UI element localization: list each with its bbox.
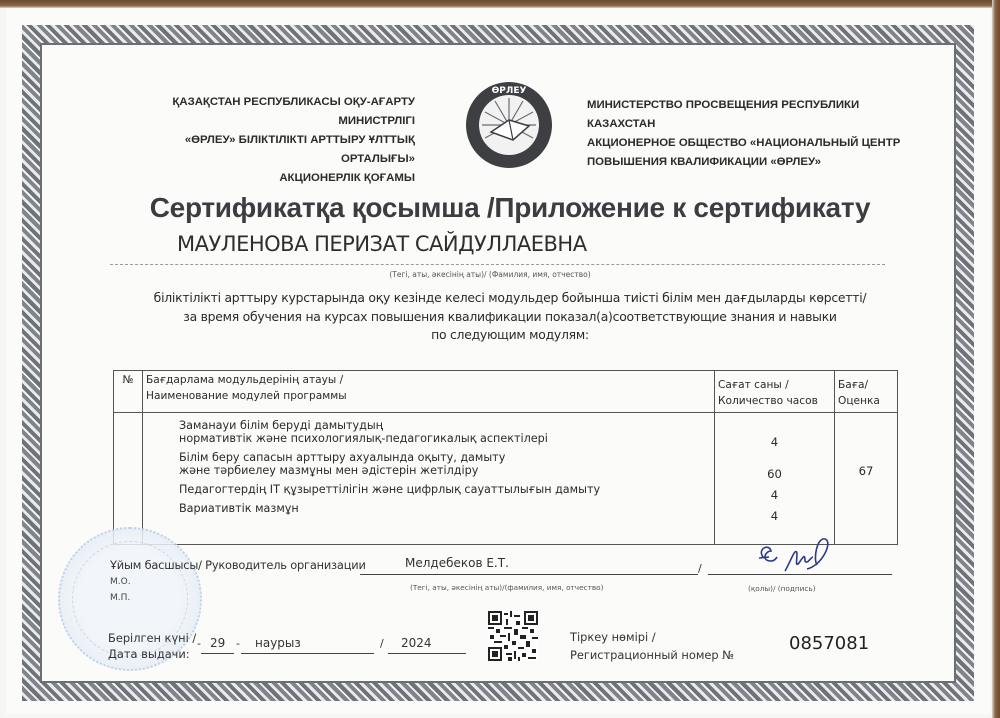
stamp-label-kz: М.О. (110, 574, 131, 590)
header-ru-line: МИНИСТЕРСТВО ПРОСВЕЩЕНИЯ РЕСПУБЛИКИ КАЗА… (587, 96, 927, 134)
header-module-name: Бағдарлама модульдерінің атауы / Наимено… (143, 371, 715, 413)
head-of-organization-label: Ұйым басшысы/ Руководитель организации (110, 558, 366, 572)
qr-code-icon (488, 611, 538, 661)
hours-cell: 4 60 4 4 (715, 413, 835, 545)
registration-label-ru: Регистрационный номер № (570, 646, 734, 664)
module-hours: 60 (716, 467, 833, 488)
module-hours: 4 (716, 488, 833, 509)
module-name: Білім беру сапасын арттыру ахуалында оқы… (179, 451, 714, 477)
grade-cell: 67 (835, 413, 898, 545)
intro-line: за время обучения на курсах повышения кв… (130, 308, 890, 327)
registration-number: 0857081 (789, 633, 869, 654)
issue-date-label: Берілген күні / Дата выдачи: (108, 630, 196, 662)
recipient-name: МАУЛЕНОВА ПЕРИЗАТ САЙДУЛЛАЕВНА (177, 232, 587, 256)
head-name-caption: (Тегі, аты, әкесінің аты)/(фамилия, имя,… (410, 583, 603, 592)
svg-text:ӨРЛЕУ: ӨРЛЕУ (492, 86, 527, 96)
intro-line: по следующим модулям: (130, 326, 890, 345)
module-hours: 4 (716, 435, 833, 456)
registration-number-label: Тіркеу нөмірі / Регистрационный номер № (570, 628, 734, 664)
month-underline (241, 653, 374, 654)
header-russian: МИНИСТЕРСТВО ПРОСВЕЩЕНИЯ РЕСПУБЛИКИ КАЗА… (587, 96, 927, 172)
table-row: Заманауи білім беруді дамытудың норматив… (114, 413, 898, 545)
header-number: № (114, 371, 143, 413)
stamp-place-labels: М.О. М.П. (110, 574, 131, 606)
header-ru-line: АКЦИОНЕРНОЕ ОБЩЕСТВО «НАЦИОНАЛЬНЫЙ ЦЕНТР (587, 134, 927, 153)
day-underline (201, 653, 234, 654)
head-name-underline (360, 574, 698, 575)
module-name: Заманауи білім беруді дамытудың норматив… (179, 419, 714, 445)
signature-caption: (қолы)/ (подпись) (748, 584, 816, 593)
year-underline (388, 653, 466, 654)
header-hours: Сағат саны / Количество часов (715, 371, 835, 413)
header-kz-line: «ӨРЛЕУ» БІЛІКТІЛІКТІ АРТТЫРУ ҰЛТТЫҚ ОРТА… (110, 131, 415, 169)
header-kz-line: АКЦИОНЕРЛІК ҚОҒАМЫ (110, 169, 415, 188)
intro-text: біліктілікті арттыру курстарында оқу кез… (130, 289, 890, 345)
issue-date-month: наурыз (255, 636, 301, 650)
handwritten-signature-icon (755, 535, 835, 575)
module-names-cell: Заманауи білім беруді дамытудың норматив… (143, 413, 715, 545)
header-ru-line: ПОВЫШЕНИЯ КВАЛИФИКАЦИИ «ӨРЛЕУ» (587, 153, 927, 172)
intro-line: біліктілікті арттыру курстарында оқу кез… (130, 289, 890, 308)
signature-separator: / (698, 562, 702, 575)
head-of-organization-name: Мелдебеков Е.Т. (405, 556, 509, 570)
module-name: Вариативтік мазмұн (179, 502, 714, 515)
table-header-row: № Бағдарлама модульдерінің атауы / Наиме… (114, 371, 898, 413)
row-number-cell (114, 413, 143, 545)
stamp-label-ru: М.П. (110, 590, 131, 606)
modules-table: № Бағдарлама модульдерінің атауы / Наиме… (113, 370, 898, 545)
issue-date-year: 2024 (401, 636, 432, 650)
header-grade: Баға/ Оценка (835, 371, 898, 413)
issue-date-day: 29 (210, 636, 225, 650)
header-kazakh: ҚАЗАҚСТАН РЕСПУБЛИКАСЫ ОҚУ-АҒАРТУ МИНИСТ… (110, 93, 415, 188)
registration-label-kz: Тіркеу нөмірі / (570, 628, 734, 646)
date-dash: - (236, 637, 240, 650)
certificate-content: ҚАЗАҚСТАН РЕСПУБЛИКАСЫ ОҚУ-АҒАРТУ МИНИСТ… (0, 0, 1000, 718)
header-kz-line: ҚАЗАҚСТАН РЕСПУБЛИКАСЫ ОҚУ-АҒАРТУ МИНИСТ… (110, 93, 415, 131)
document-title: Сертификатқа қосымша /Приложение к серти… (100, 192, 920, 224)
module-hours: 4 (716, 509, 833, 530)
name-underline (110, 264, 885, 265)
issue-date-label-ru: Дата выдачи: (108, 646, 196, 662)
date-dash: - (197, 637, 201, 650)
orleu-emblem-icon: ӨРЛЕУ (463, 80, 555, 170)
module-name: Педагогтердің IT құзыреттілігін және циф… (179, 483, 714, 496)
date-slash: / (380, 637, 384, 650)
issue-date-label-kz: Берілген күні / (108, 630, 196, 646)
recipient-name-caption: (Тегі, аты, әкесінің аты)/ (Фамилия, имя… (200, 270, 780, 279)
